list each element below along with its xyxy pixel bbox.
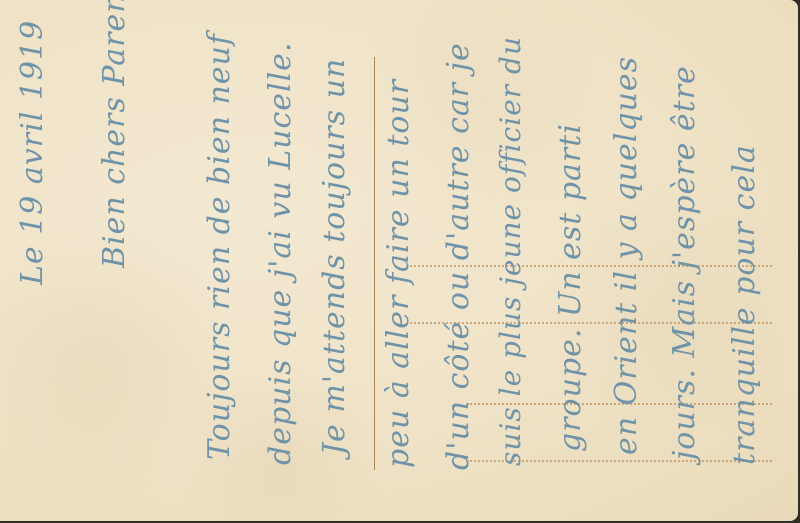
message-line-4: peu à aller faire un tour xyxy=(384,79,414,468)
date-line: Le 19 avril 1919 xyxy=(18,20,48,285)
message-line-3: Je m'attends toujours un xyxy=(320,58,350,455)
message-line-9: jours. Mais j'espère être xyxy=(670,65,700,460)
message-line-1: Toujours rien de bien neuf xyxy=(205,33,235,460)
message-line-2: depuis que j'ai vu Lucelle. xyxy=(266,42,296,465)
message-line-6: suis le plus jeune officier du xyxy=(497,36,525,466)
message-line-8: en Orient il y a quelques xyxy=(612,56,642,455)
center-divider-line xyxy=(374,57,375,470)
message-line-5: d'un côté ou d'autre car je xyxy=(444,42,474,470)
message-line-10: tranquille pour cela xyxy=(730,144,760,465)
message-line-7: groupe. Un est parti xyxy=(556,123,586,452)
postcard-back: Le 19 avril 1919 Bien chers Parents, Tou… xyxy=(0,0,798,521)
salutation: Bien chers Parents, xyxy=(100,0,130,268)
